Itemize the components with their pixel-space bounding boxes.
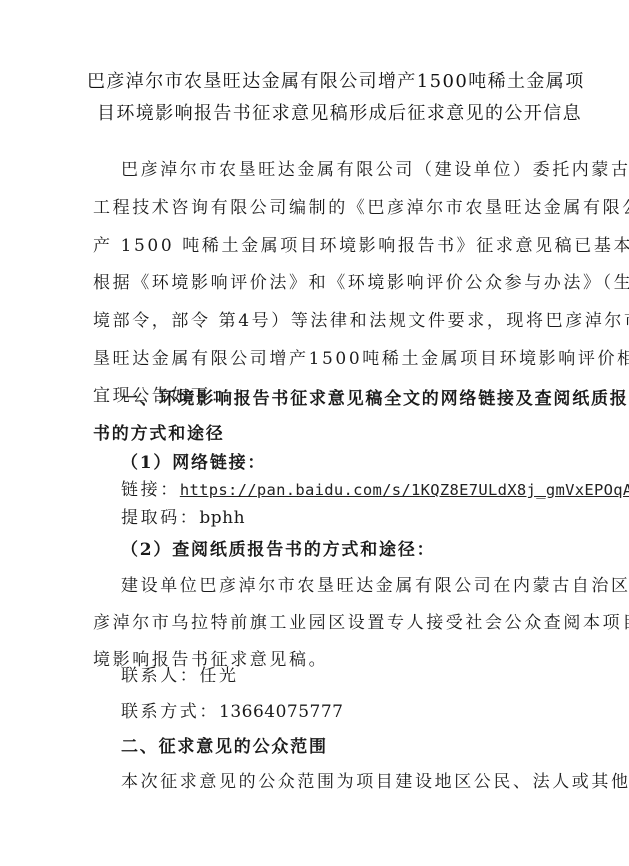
extraction-code-label: 提取码： [121, 508, 199, 528]
extraction-code-value: bphh [199, 508, 245, 528]
contact-person-label: 联系人： [121, 666, 199, 686]
contact-phone-row: 联系方式：13664075777 [121, 702, 343, 722]
intro-line: 产 1500 吨稀土金属项目环境影响报告书》征求意见稿已基本形成， [93, 236, 629, 256]
document-page: 巴彦淖尔市农垦旺达金属有限公司增产1500吨稀土金属项 目环境影响报告书征求意见… [0, 0, 629, 866]
intro-line: 境部令，部令 第4号）等法律和法规文件要求，现将巴彦淖尔市农 [93, 311, 629, 331]
subsection-2-heading: （2）查阅纸质报告书的方式和途径： [121, 540, 435, 560]
subsection-1-heading: （1）网络链接： [121, 453, 266, 473]
document-title-line-2: 目环境影响报告书征求意见稿形成后征求意见的公开信息 [97, 104, 582, 124]
download-link[interactable]: https://pan.baidu.com/s/1KQZ8E7ULdX8j_gm… [180, 481, 629, 499]
subsection-2-body-line: 建设单位巴彦淖尔市农垦旺达金属有限公司在内蒙古自治区巴 [121, 576, 629, 596]
intro-line: 根据《环境影响评价法》和《环境影响评价公众参与办法》（生态环 [93, 273, 629, 293]
contact-phone-number: 13664075777 [219, 702, 343, 722]
intro-line: 工程技术咨询有限公司编制的《巴彦淖尔市农垦旺达金属有限公司增 [93, 198, 629, 218]
intro-line: 垦旺达金属有限公司增产1500吨稀土金属项目环境影响评价相关事 [93, 349, 629, 369]
document-title-line-1: 巴彦淖尔市农垦旺达金属有限公司增产1500吨稀土金属项 [87, 72, 585, 92]
subsection-2-body-line: 彦淖尔市乌拉特前旗工业园区设置专人接受社会公众查阅本项目环 [93, 613, 629, 633]
section-1-heading-line-2: 书的方式和途径 [93, 424, 225, 444]
section-2-heading: 二、征求意见的公众范围 [121, 737, 328, 757]
intro-line: 巴彦淖尔市农垦旺达金属有限公司（建设单位）委托内蒙古同人 [121, 160, 629, 180]
link-row: 链接：https://pan.baidu.com/s/1KQZ8E7ULdX8j… [121, 480, 629, 500]
extraction-code-row: 提取码：bphh [121, 508, 245, 528]
contact-phone-label: 联系方式： [121, 702, 219, 722]
contact-person-row: 联系人：任光 [121, 666, 239, 686]
section-1-heading-line-1: 一、环境影响报告书征求意见稿全文的网络链接及查阅纸质报告 [121, 389, 629, 409]
link-label: 链接： [121, 480, 180, 500]
contact-person-name: 任光 [199, 666, 238, 686]
section-2-body-line: 本次征求意见的公众范围为项目建设地区公民、法人或其他组织 [121, 772, 629, 792]
